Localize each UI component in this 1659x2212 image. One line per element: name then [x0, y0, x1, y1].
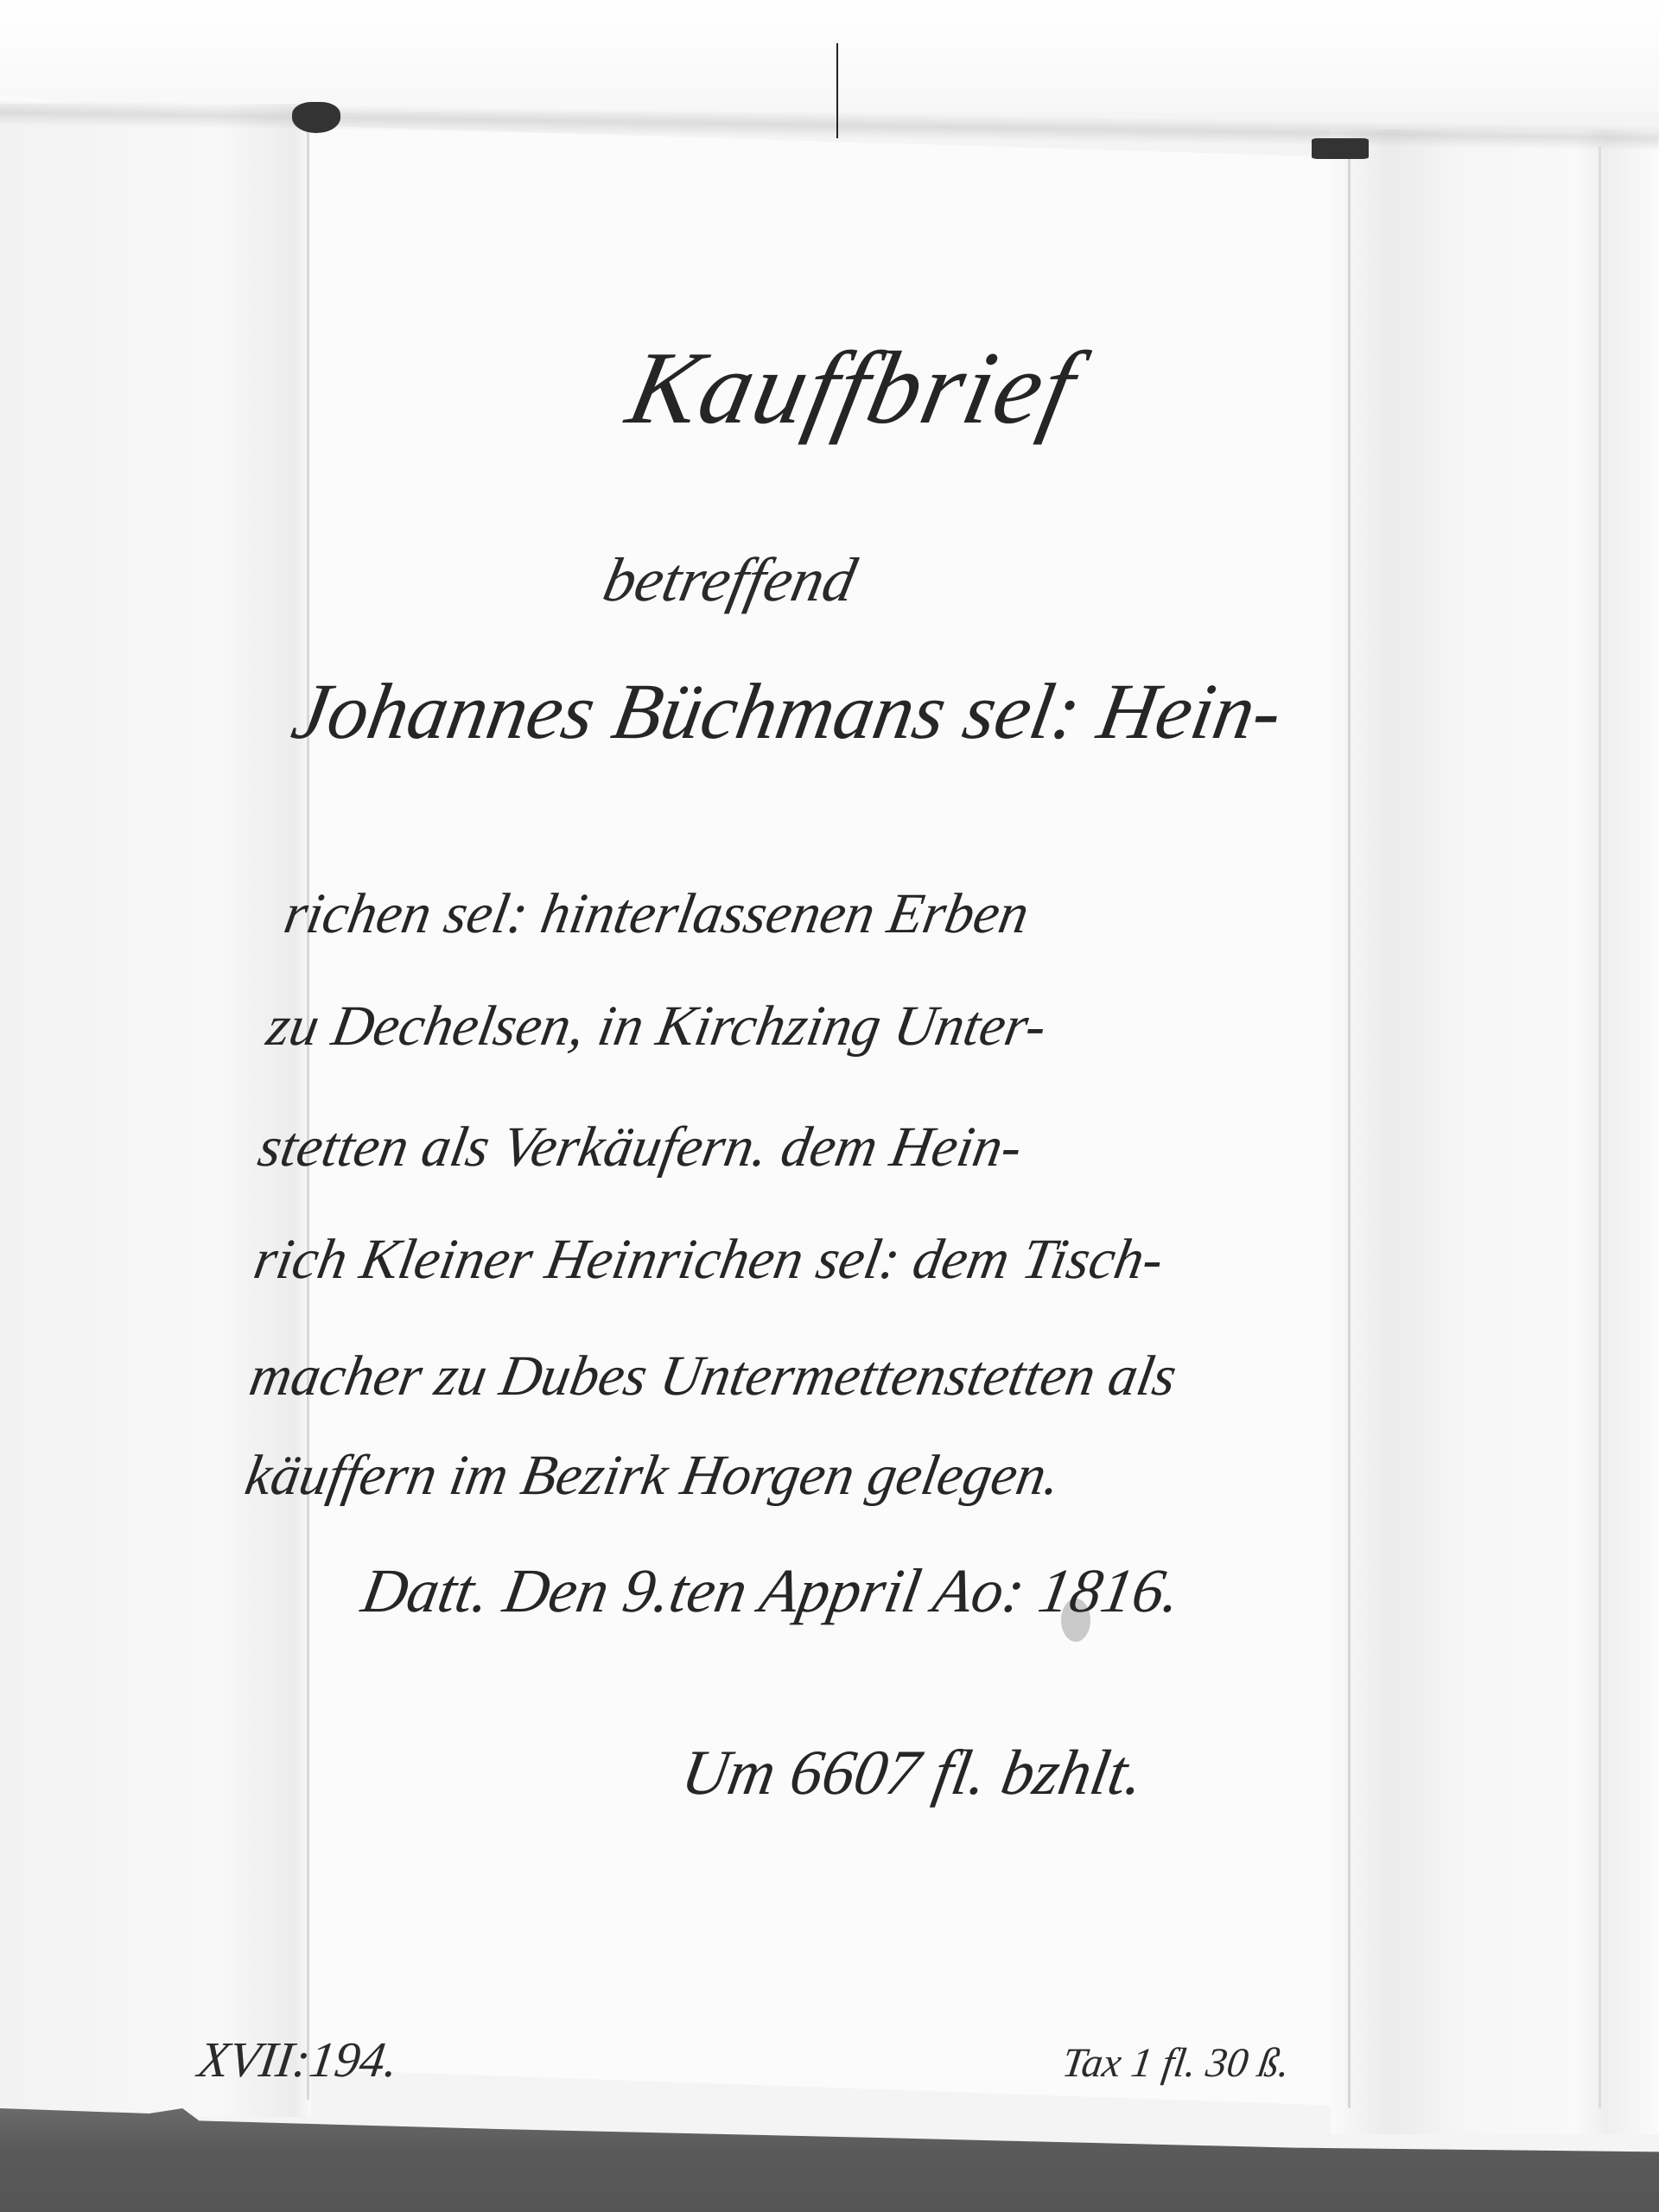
text-line-4: stetten als Verkäufern. dem Hein- [253, 1115, 1027, 1180]
left-fold-line [307, 121, 309, 2100]
text-line-3: zu Dechelsen, in Kirchzing Unter- [262, 994, 1051, 1059]
text-line-7: käuffern im Bezirk Horgen gelegen. [240, 1443, 1065, 1509]
top-tear-left [292, 102, 340, 133]
right-fold-line [1348, 147, 1351, 2108]
top-crack-line [836, 43, 838, 138]
text-line-2: richen sel: hinterlassenen Erben [279, 881, 1033, 947]
right-folded-flap [1331, 130, 1659, 2134]
text-line-5: rich Kleiner Heinrichen sel: dem Tisch- [249, 1227, 1168, 1293]
date-line: Datt. Den 9.ten Appril Ao: 1816. [357, 1555, 1186, 1627]
archive-reference: XVII:194. [194, 2031, 402, 2088]
scan-background-top [0, 0, 1659, 112]
far-right-fold-line [1599, 147, 1601, 2108]
document-subtitle: betreffend [597, 544, 862, 616]
text-line-1: Johannes Büchmans sel: Hein- [286, 665, 1289, 757]
tax-note: Tax 1 fl. 30 ß. [1059, 2039, 1293, 2087]
purchase-sum-line: Um 6607 fl. bzhlt. [677, 1737, 1149, 1810]
text-line-6: macher zu Dubes Untermettenstetten als [245, 1344, 1181, 1409]
top-tear-right [1312, 138, 1369, 159]
left-folded-flap [0, 104, 311, 2117]
document-title: Kauffbrief [618, 328, 1087, 448]
